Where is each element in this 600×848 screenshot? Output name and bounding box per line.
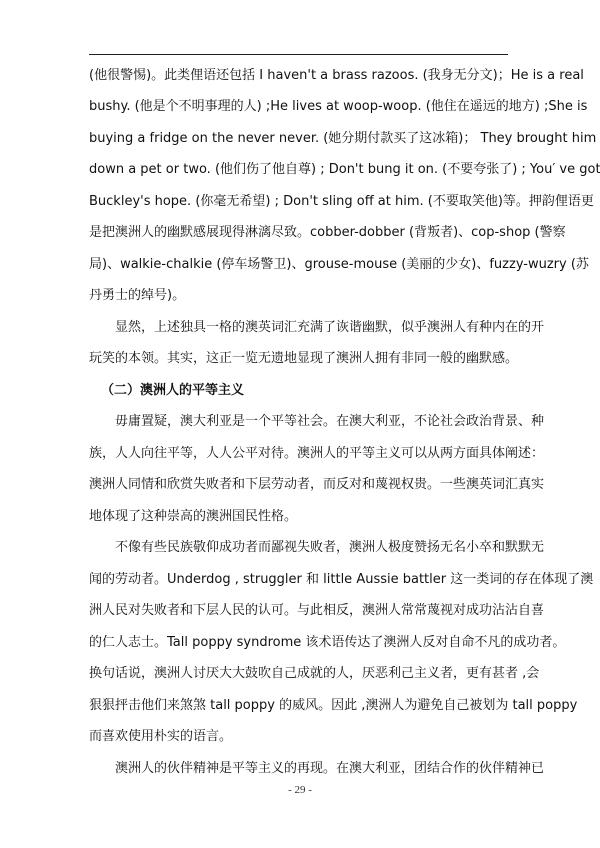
text-line: 换句话说，澳洲人讨厌大大鼓吹自己成就的人，厌恶利己主义者，更有甚者 ,会: [89, 659, 509, 691]
text-line: buying a fridge on the never never. (她分期…: [89, 123, 509, 155]
text-line: 而喜欢使用朴实的语言。: [89, 722, 509, 754]
text-line: 的仁人志士。Tall poppy syndrome 该术语传达了澳洲人反对自命不…: [89, 627, 509, 659]
text-line: 局)、walkie-chalkie (停车场警卫)、grouse-mouse (…: [89, 249, 509, 281]
page-number: - 29 -: [0, 784, 600, 796]
body-text: (他很警惕)。此类俚语还包括 I haven't a brass razoos.…: [89, 60, 509, 785]
paragraph-start-line: 不像有些民族敬仰成功者而鄙视失败者，澳洲人极度赞扬无名小卒和默默无: [89, 533, 509, 565]
text-line: 玩笑的本领。其实，这正一览无遗地显现了澳洲人拥有非同一般的幽默感。: [89, 344, 509, 376]
text-line: 族，人人向往平等，人人公平对待。澳洲人的平等主义可以从两方面具体阐述：: [89, 438, 509, 470]
text-line: 丹勇士的绰号)。: [89, 281, 509, 313]
text-line: Buckley's hope. (你毫无希望) ; Don't sling of…: [89, 186, 509, 218]
text-line: (他很警惕)。此类俚语还包括 I haven't a brass razoos.…: [89, 60, 509, 92]
document-page: (他很警惕)。此类俚语还包括 I haven't a brass razoos.…: [0, 0, 600, 848]
paragraph-start-line: 澳洲人的伙伴精神是平等主义的再现。在澳大利亚，团结合作的伙伴精神已: [89, 753, 509, 785]
text-line: 是把澳洲人的幽默感展现得淋漓尽致。cobber-dobber (背叛者)、cop…: [89, 218, 509, 250]
header-rule: [89, 54, 508, 55]
text-line: 地体现了这种崇高的澳洲国民性格。: [89, 501, 509, 533]
text-line: bushy. (他是个不明事理的人) ;He lives at woop-woo…: [89, 92, 509, 124]
text-line: down a pet or two. (他们伤了他自尊) ; Don't bun…: [89, 155, 509, 187]
paragraph-start-line: 毋庸置疑，澳大利亚是一个平等社会。在澳大利亚，不论社会政治背景、种: [89, 407, 509, 439]
text-line: 闻的劳动者。Underdog , struggler 和 little Auss…: [89, 564, 509, 596]
section-heading: （二）澳洲人的平等主义: [89, 375, 509, 407]
text-line: 洲人民对失败者和下层人民的认可。与此相反，澳洲人常常蔑视对成功沾沾自喜: [89, 596, 509, 628]
paragraph-start-line: 显然，上述独具一格的澳英词汇充满了诙谐幽默，似乎澳洲人有种内在的开: [89, 312, 509, 344]
text-line: 澳洲人同情和欣赏失败者和下层劳动者，而反对和蔑视权贵。一些澳英词汇真实: [89, 470, 509, 502]
text-line: 狠狠抨击他们来煞煞 tall poppy 的威风。因此 ,澳洲人为避免自己被划为…: [89, 690, 509, 722]
